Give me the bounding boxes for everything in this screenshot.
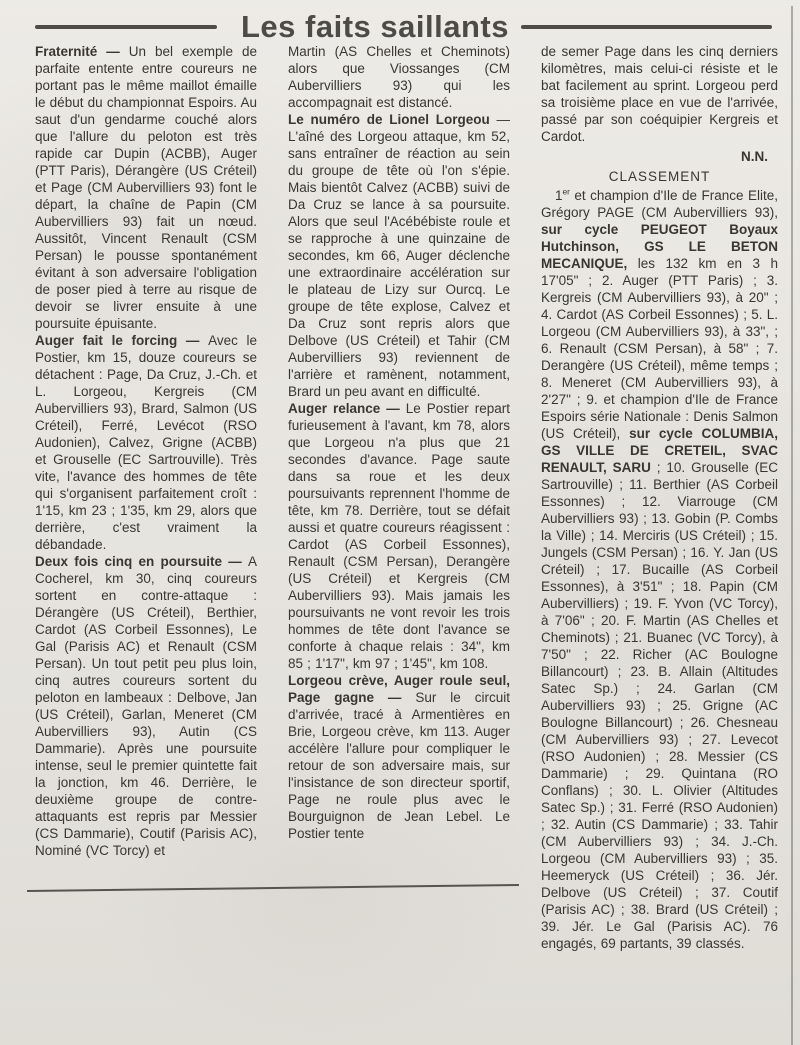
- classement-results: 1er et champion d'Ile de France Elite, G…: [541, 187, 778, 952]
- article-columns: Fraternité — Un bel exemple de parfaite …: [35, 43, 778, 952]
- para-deux-fois-cinq: Deux fois cinq en poursuite — A Cocherel…: [35, 553, 257, 859]
- para-continuation-martin: Martin (AS Chelles et Cheminots) alors q…: [288, 43, 510, 111]
- para-continuation-semer: de semer Page dans les cinq derniers kil…: [541, 43, 778, 145]
- scan-edge-line: [791, 6, 793, 1045]
- header-rule-left: [35, 25, 217, 29]
- column-3: de semer Page dans les cinq derniers kil…: [541, 43, 778, 952]
- article-header: Les faits saillants: [35, 8, 772, 46]
- classement-heading: CLASSEMENT: [541, 168, 778, 185]
- newspaper-page: Les faits saillants Fraternité — Un bel …: [0, 0, 800, 1045]
- para-fraternite: Fraternité — Un bel exemple de parfaite …: [35, 43, 257, 332]
- para-lorgeou-creve: Lorgeou crève, Auger roule seul, Page ga…: [288, 672, 510, 842]
- para-numero-lorgeou: Le numéro de Lionel Lorgeou — L'aîné des…: [288, 111, 510, 400]
- byline: N.N.: [541, 148, 778, 165]
- header-rule-right: [521, 25, 772, 29]
- article-title: Les faits saillants: [241, 9, 509, 45]
- column-1: Fraternité — Un bel exemple de parfaite …: [35, 43, 257, 952]
- para-auger-relance: Auger relance — Le Postier repart furieu…: [288, 400, 510, 672]
- para-auger-forcing: Auger fait le forcing — Avec le Postier,…: [35, 332, 257, 553]
- column-2: Martin (AS Chelles et Cheminots) alors q…: [288, 43, 510, 952]
